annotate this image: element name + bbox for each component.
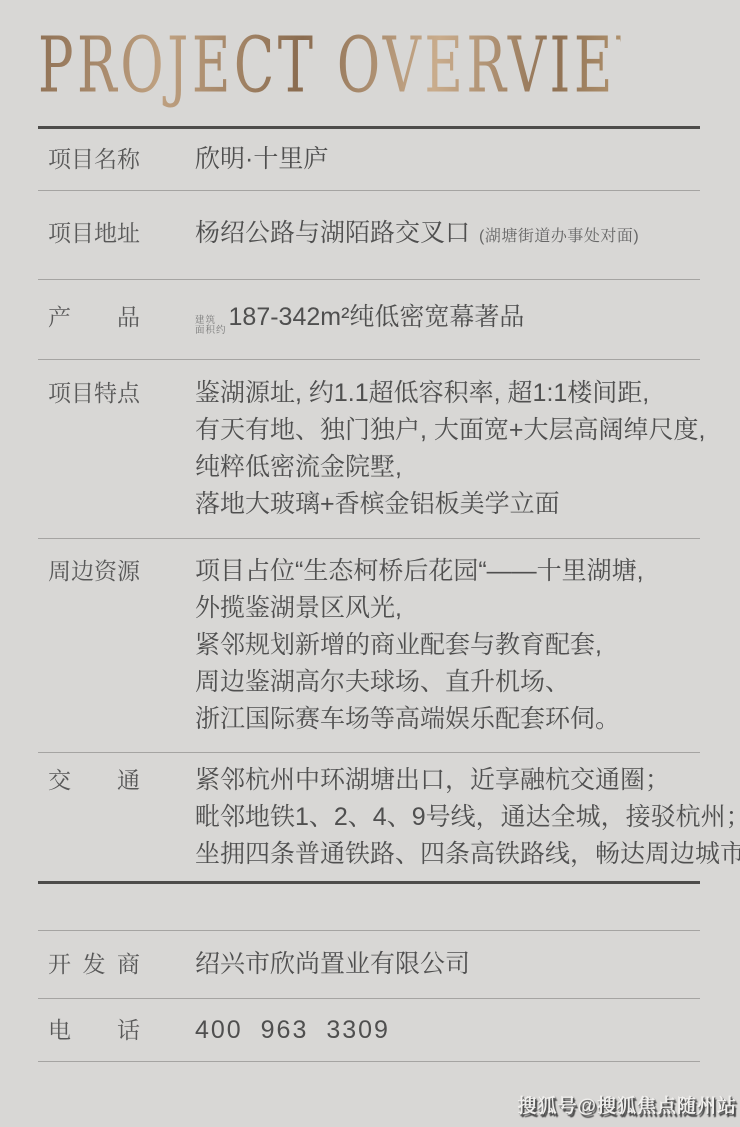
project-overview-sheet: PROJECT OVERVIEW 项目名称 欣明·十里庐 项目地址 杨绍公路与湖… xyxy=(38,0,700,1062)
product-value: 建筑面积约187-342m²纯低密宽幕著品 xyxy=(195,303,524,336)
row-traffic: 交通 紧邻杭州中环湖塘出口，近享融杭交通圈；毗邻地铁1、2、4、9号线，通达全城… xyxy=(38,753,700,881)
header: PROJECT OVERVIEW xyxy=(38,0,700,126)
row-product: 产品 建筑面积约187-342m²纯低密宽幕著品 xyxy=(38,280,700,360)
info-table: 项目名称 欣明·十里庐 项目地址 杨绍公路与湖陌路交叉口(湖塘街道办事处对面) … xyxy=(38,129,700,881)
project-features-label: 项目特点 xyxy=(48,375,140,412)
developer-value: 绍兴市欣尚置业有限公司 xyxy=(195,950,470,978)
row-phone: 电话 400 963 3309 xyxy=(38,999,700,1062)
surrounding-resources-label: 周边资源 xyxy=(48,553,140,590)
phone-label: 电话 xyxy=(48,1016,140,1044)
project-address-label: 项目地址 xyxy=(48,219,140,247)
project-name-value: 欣明·十里庐 xyxy=(195,145,328,173)
contact-table: 开发商 绍兴市欣尚置业有限公司 电话 400 963 3309 xyxy=(38,930,700,1062)
row-surrounding-resources: 周边资源 项目占位“生态柯桥后花园“——十里湖塘,外揽鉴湖景区风光,紧邻规划新增… xyxy=(38,539,700,753)
surrounding-resources-lines: 项目占位“生态柯桥后花园“——十里湖塘,外揽鉴湖景区风光,紧邻规划新增的商业配套… xyxy=(195,553,644,738)
phone-number: 400 963 3309 xyxy=(195,1016,390,1044)
developer-label: 开发商 xyxy=(48,950,140,978)
traffic-label: 交通 xyxy=(48,762,140,799)
address-main: 杨绍公路与湖陌路交叉口 xyxy=(195,219,470,247)
project-name-label: 项目名称 xyxy=(48,145,140,173)
traffic-lines: 紧邻杭州中环湖塘出口，近享融杭交通圈；毗邻地铁1、2、4、9号线，通达全城，接驳… xyxy=(195,762,740,873)
area-prefix-note: 建筑面积约 xyxy=(195,316,227,336)
project-address-value: 杨绍公路与湖陌路交叉口(湖塘街道办事处对面) xyxy=(195,219,639,251)
row-developer: 开发商 绍兴市欣尚置业有限公司 xyxy=(38,931,700,999)
section-gap xyxy=(38,884,700,930)
address-note: (湖塘街道办事处对面) xyxy=(479,228,639,245)
product-label: 产品 xyxy=(48,303,140,331)
watermark-sohu-badge: 搜狐号@搜狐焦点随州站 xyxy=(517,1091,737,1118)
row-project-address: 项目地址 杨绍公路与湖陌路交叉口(湖塘街道办事处对面) xyxy=(38,191,700,280)
row-project-name: 项目名称 欣明·十里庐 xyxy=(38,129,700,191)
product-main: 187-342m²纯低密宽幕著品 xyxy=(229,303,525,331)
project-features-lines: 鉴湖源址, 约1.1超低容积率, 超1:1楼间距,有天有地、独门独户, 大面宽+… xyxy=(195,375,705,523)
row-project-features: 项目特点 鉴湖源址, 约1.1超低容积率, 超1:1楼间距,有天有地、独门独户,… xyxy=(38,360,700,539)
page-title: PROJECT OVERVIEW xyxy=(38,20,621,112)
